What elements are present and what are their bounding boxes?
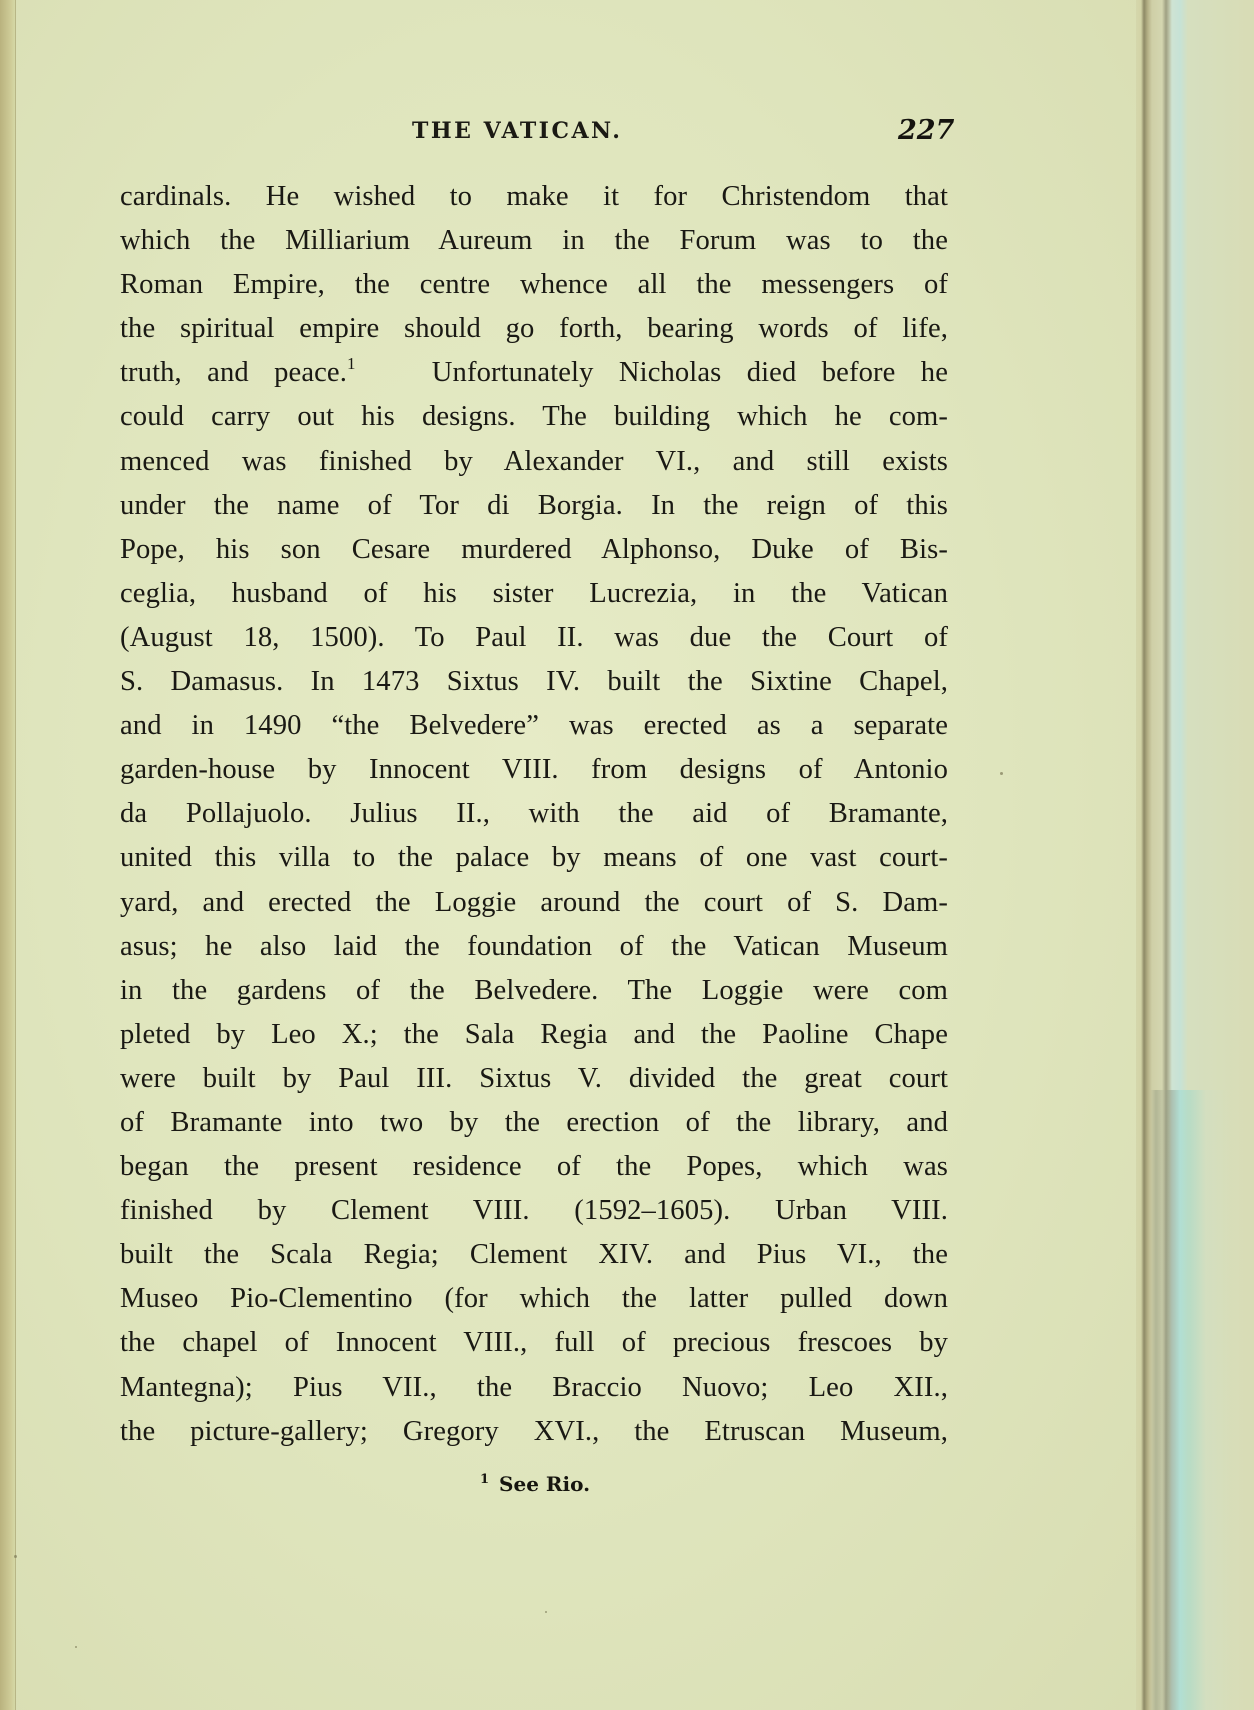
paper-speck: [14, 1555, 17, 1558]
text-line: ceglia, husband of his sister Lucrezia, …: [120, 572, 948, 616]
text-line-with-footnote: truth, and peace.1 Unfortunately Nichola…: [120, 351, 948, 395]
text-line: da Pollajuolo. Julius II., with the aid …: [120, 792, 948, 836]
text-line: built the Scala Regia; Clement XIV. and …: [120, 1233, 948, 1277]
text-line: in the gardens of the Belvedere. The Log…: [120, 969, 948, 1013]
text-line: began the present residence of the Popes…: [120, 1145, 948, 1189]
text-line: could carry out his designs. The buildin…: [120, 395, 948, 439]
text-line: which the Milliarium Aureum in the Forum…: [120, 219, 948, 263]
footnote-marker: 1: [347, 354, 356, 373]
page-number: 227: [898, 115, 954, 146]
text-line: Roman Empire, the centre whence all the …: [120, 263, 948, 307]
text-line: (August 18, 1500). To Paul II. was due t…: [120, 616, 948, 660]
text-line: the spiritual empire should go forth, be…: [120, 307, 948, 351]
text-line: pleted by Leo X.; the Sala Regia and the…: [120, 1013, 948, 1057]
paper-speck: [75, 1646, 77, 1648]
text-line: the chapel of Innocent VIII., full of pr…: [120, 1321, 948, 1365]
text-line: the picture-gallery; Gregory XVI., the E…: [120, 1410, 948, 1454]
text-fragment: Unfortunately Nicholas died before he: [432, 357, 948, 388]
text-line: of Bramante into two by the erection of …: [120, 1101, 948, 1145]
text-line: asus; he also laid the foundation of the…: [120, 925, 948, 969]
text-line: and in 1490 “the Belvedere” was erected …: [120, 704, 948, 748]
page-header: THE VATICAN. 227: [0, 118, 1254, 158]
binding-shadow: [0, 0, 16, 1710]
text-line: united this villa to the palace by means…: [120, 836, 948, 880]
text-line: Pope, his son Cesare murdered Alphonso, …: [120, 528, 948, 572]
text-line: finished by Clement VIII. (1592–1605). U…: [120, 1189, 948, 1233]
footnote-text: See Rio.: [499, 1472, 590, 1496]
text-line: Museo Pio-Clementino (for which the latt…: [120, 1277, 948, 1321]
footnote: 1See Rio.: [480, 1472, 590, 1496]
body-text: cardinals. He wished to make it for Chri…: [120, 175, 948, 1454]
page-edges-shadow: [1150, 1090, 1254, 1710]
paper-speck: [1000, 772, 1003, 775]
footnote-marker: 1: [480, 1472, 489, 1487]
text-line: menced was finished by Alexander VI., an…: [120, 440, 948, 484]
running-head: THE VATICAN.: [412, 118, 622, 144]
text-fragment: truth, and peace.: [120, 357, 347, 388]
text-line: S. Damasus. In 1473 Sixtus IV. built the…: [120, 660, 948, 704]
text-line: yard, and erected the Loggie around the …: [120, 881, 948, 925]
text-line: Mantegna); Pius VII., the Braccio Nuovo;…: [120, 1366, 948, 1410]
text-line: under the name of Tor di Borgia. In the …: [120, 484, 948, 528]
text-line: cardinals. He wished to make it for Chri…: [120, 175, 948, 219]
text-line: were built by Paul III. Sixtus V. divide…: [120, 1057, 948, 1101]
text-line: garden-house by Innocent VIII. from desi…: [120, 748, 948, 792]
paper-speck: [545, 1611, 547, 1613]
